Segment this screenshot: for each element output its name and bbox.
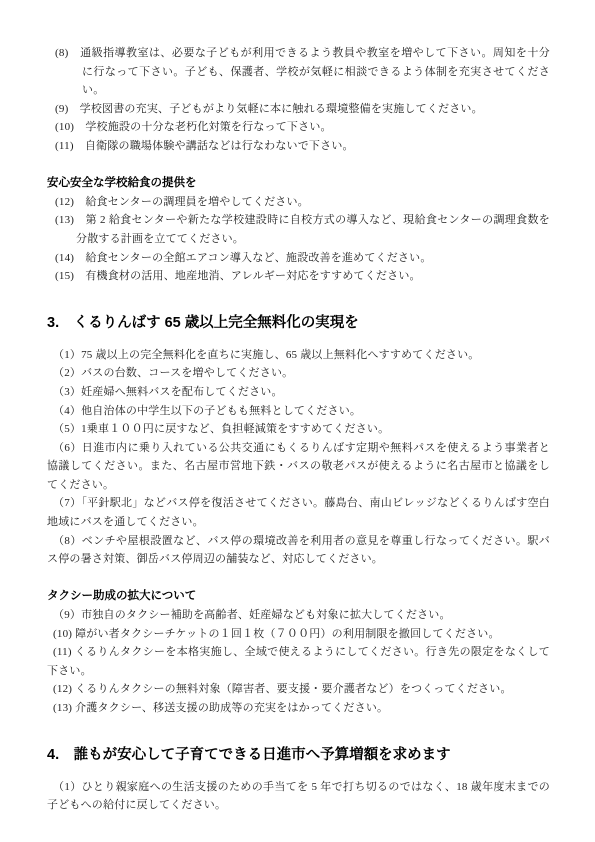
- list-item-bus-3: （3）妊産婦へ無料バスを配布してください。: [47, 383, 550, 402]
- list-item-taxi-13: (13) 介護タクシー、移送支援の助成等の充実をはかってください。: [47, 699, 550, 718]
- list-item-taxi-10: (10) 障がい者タクシーチケットの１回１枚（７００円）の利用制限を撤回してくだ…: [47, 625, 550, 644]
- list-item-lunch-13: (13) 第 2 給食センターや新たな学校建設時に自校方式の導入など、現給食セン…: [47, 211, 550, 248]
- document-page: (8) 通級指導教室は、必要な子どもが利用できるよう教員や教室を増やして下さい。…: [0, 0, 595, 842]
- list-item-childcare-1: （1）ひとり親家庭への生活支援のための手当てを 5 年で打ち切るのではなく、18…: [47, 778, 550, 815]
- list-item-education-10: (10) 学校施設の十分な老朽化対策を行なって下さい。: [47, 118, 550, 137]
- list-item-education-11: (11) 自衛隊の職場体験や講話などは行なわないで下さい。: [47, 137, 550, 156]
- section-heading-school-lunch: 安心安全な学校給食の提供を: [47, 174, 550, 193]
- list-item-bus-8: （8）ベンチや屋根設置など、バス停の環境改善を利用者の意見を尊重し行なってくださ…: [47, 532, 550, 569]
- list-item-lunch-14: (14) 給食センターの全館エアコン導入など、施設改善を進めてください。: [47, 249, 550, 268]
- list-item-taxi-11: (11) くるりんタクシーを本格実施し、全域で使えるようにしてください。行き先の…: [47, 643, 550, 680]
- list-item-bus-1: （1）75 歳以上の完全無料化を直ちに実施し、65 歳以上無料化へすすめてくださ…: [47, 346, 550, 365]
- list-item-taxi-9: （9）市独自のタクシー補助を高齢者、妊産婦なども対象に拡大してください。: [47, 606, 550, 625]
- list-item-taxi-12: (12) くるりんタクシーの無料対象（障害者、要支援・要介護者など）をつくってく…: [47, 680, 550, 699]
- section-heading-taxi: タクシー助成の拡大について: [47, 587, 550, 606]
- section-heading-bus: 3. くるりんばす 65 歳以上完全無料化の実現を: [47, 313, 550, 333]
- list-item-lunch-15: (15) 有機食材の活用、地産地消、アレルギー対応をすすめてください。: [47, 267, 550, 286]
- list-item-lunch-12: (12) 給食センターの調理員を増やしてください。: [47, 193, 550, 212]
- list-item-bus-2: （2）バスの台数、コースを増やしてください。: [47, 364, 550, 383]
- list-item-education-8: (8) 通級指導教室は、必要な子どもが利用できるよう教員や教室を増やして下さい。…: [47, 44, 550, 100]
- list-item-bus-4: （4）他自治体の中学生以下の子どもも無料としてください。: [47, 402, 550, 421]
- list-item-bus-7: （7）「平針駅北」などバス停を復活させてください。藤島台、南山ビレッジなどくるり…: [47, 494, 550, 531]
- list-item-bus-6: （6）日進市内に乗り入れている公共交通にもくるりんばす定期や無料パスを使えるよう…: [47, 439, 550, 495]
- list-item-education-9: (9) 学校図書の充実、子どもがより気軽に本に触れる環境整備を実施してください。: [47, 100, 550, 119]
- section-heading-childcare: 4. 誰もが安心して子育てできる日進市へ予算増額を求めます: [47, 745, 550, 765]
- list-item-bus-5: （5）1乗車１００円に戻すなど、負担軽減策をすすめてください。: [47, 420, 550, 439]
